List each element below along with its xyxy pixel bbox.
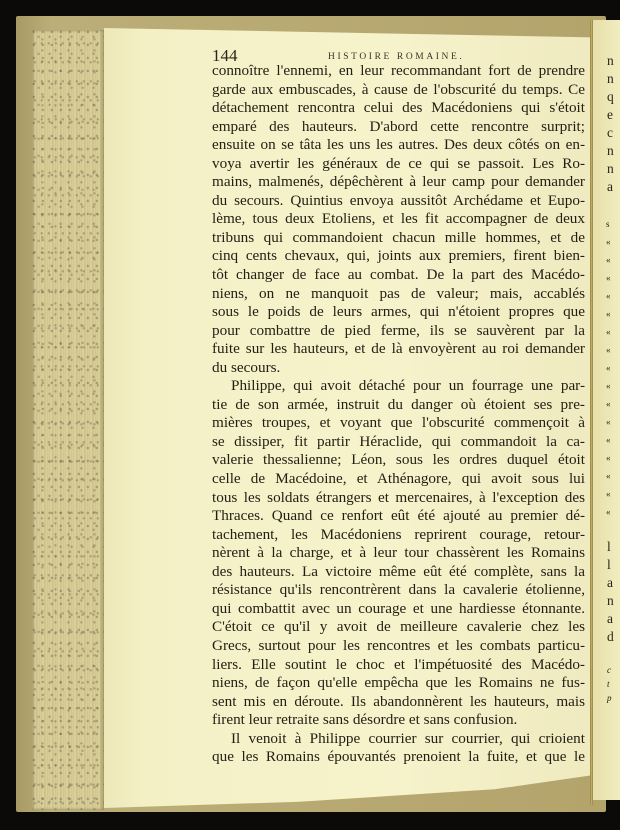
text-line: mains, malmenés, dépêchèrent à leur camp… [212,173,585,192]
text-line: détachement rencontra celui des Macédoni… [212,99,585,118]
text-line: firent leur retraite sans désordre et sa… [212,711,585,730]
opposite-page-fragment: n [607,72,614,86]
opposite-page-fragment: « [606,346,611,355]
opposite-page-fragment: a [607,612,613,626]
opposite-page-fragment: e [607,108,613,122]
text-line: tôt changer de face au combat. De la par… [212,266,585,285]
opposite-page-fragment: « [606,238,611,247]
text-line: ensuite on se tâta les uns les autres. D… [212,136,585,155]
text-line: Thraces. Quand ce renfort eût été ajouté… [212,507,585,526]
opposite-page-fragment: « [606,490,611,499]
text-line: tachement, les Macédoniens reprirent cou… [212,526,585,545]
text-line: sous le poids de leurs armes, qui n'étoi… [212,303,585,322]
opposite-page-fragment: d [607,630,614,644]
text-line: sent mis en déroute. Ils abandonnèrent l… [212,693,585,712]
text-line: connoître l'ennemi, en leur recommandant… [212,62,585,81]
opposite-page-fragment: n [607,162,614,176]
opposite-page-fragment: n [607,594,614,608]
text-line: niens, on ne manquoit pas de valeur; mai… [212,285,585,304]
opposite-page-fragment: « [606,310,611,319]
text-line: Grecs, surtout pour les rencontres et le… [212,637,585,656]
opposite-page-fragment: « [606,328,611,337]
opposite-page-fragment: « [606,418,611,427]
opposite-page-fragment: t [607,680,610,689]
opposite-page-fragment: « [606,382,611,391]
text-line: tribuns qui commandoient chacun mille ho… [212,229,585,248]
opposite-page-fragment: « [606,508,611,517]
text-line: lème, tous deux Etoliens, et les fit acc… [212,210,585,229]
paragraph-start-line: Philippe, qui avoit détaché pour un four… [212,377,585,396]
text-line: tous les soldats étrangers et mercenaire… [212,489,585,508]
text-line: du secours. [212,359,585,378]
book-photo: nnqecnnas««««««««««««««««llanadctp 144 H… [0,0,620,830]
opposite-page-fragment: « [606,400,611,409]
text-line: des hauteurs. La victoire même eût été c… [212,563,585,582]
opposite-page-fragment: q [607,90,614,104]
page-edges-stack [32,30,104,810]
opposite-page-fragment: c [607,126,613,140]
opposite-page-fragment: l [607,558,611,572]
text-line: C'étoit ce qu'il y avoit de meilleure ca… [212,618,585,637]
opposite-page-fragment: « [606,292,611,301]
opposite-page-fragment: p [607,694,612,703]
text-line: nèrent à la charge, et à leur tour chass… [212,544,585,563]
text-line: mières troupes, et voyant que l'obscurit… [212,414,585,433]
text-line: valerie thessalienne; Léon, sous les ord… [212,451,585,470]
opposite-page-fragment: s [606,220,610,229]
text-line: liers. Elle soutint le choc et l'impétuo… [212,656,585,675]
opposite-page-fragment: « [606,274,611,283]
text-line: qui combattit avec un courage et une har… [212,600,585,619]
text-line: du secours. Quintius envoya aussitôt Arc… [212,192,585,211]
text-line: celle de Macédoine, et Athénagore, qui a… [212,470,585,489]
opposite-page-fragment: « [606,454,611,463]
text-line: se dissiper, fit partir Héraclide, qui c… [212,433,585,452]
opposite-page-fragment: n [607,144,614,158]
paragraph-start-line: Il venoit à Philippe courrier sur courri… [212,730,585,749]
text-line: tie de son armée, instruit du danger où … [212,396,585,415]
text-line: emparé des hauteurs. D'abord cette renco… [212,118,585,137]
text-line: pour combattre de pied ferme, ils se sau… [212,322,585,341]
text-line: résistance qu'ils rencontrèrent dans la … [212,581,585,600]
text-line: niens, de façon qu'elle empêcha que les … [212,674,585,693]
opposite-page-fragment: n [607,54,614,68]
running-title: HISTOIRE ROMAINE. [328,52,464,62]
opposite-page-fragment: c [607,666,611,675]
opposite-page-fragment: « [606,256,611,265]
text-line: cinq cents chevaux, qui, joints aux prem… [212,247,585,266]
body-text: connoître l'ennemi, en leur recommandant… [212,62,585,767]
opposite-page-fragment: a [607,180,613,194]
text-line: fuite sur les hauteurs, et de là envoyèr… [212,340,585,359]
opposite-page-fragment: « [606,364,611,373]
text-line: garde aux embuscades, à cause de l'obscu… [212,81,585,100]
opposite-page-edge: nnqecnnas««««««««««««««««llanadctp [593,20,620,800]
text-line: que les Romains épouvantés prenoient la … [212,748,585,767]
opposite-page-fragment: l [607,540,611,554]
opposite-page-fragment: a [607,576,613,590]
opposite-page-fragment: « [606,472,611,481]
opposite-page-fragment: « [606,436,611,445]
text-line: voya avertir les généraux de ce qui se p… [212,155,585,174]
